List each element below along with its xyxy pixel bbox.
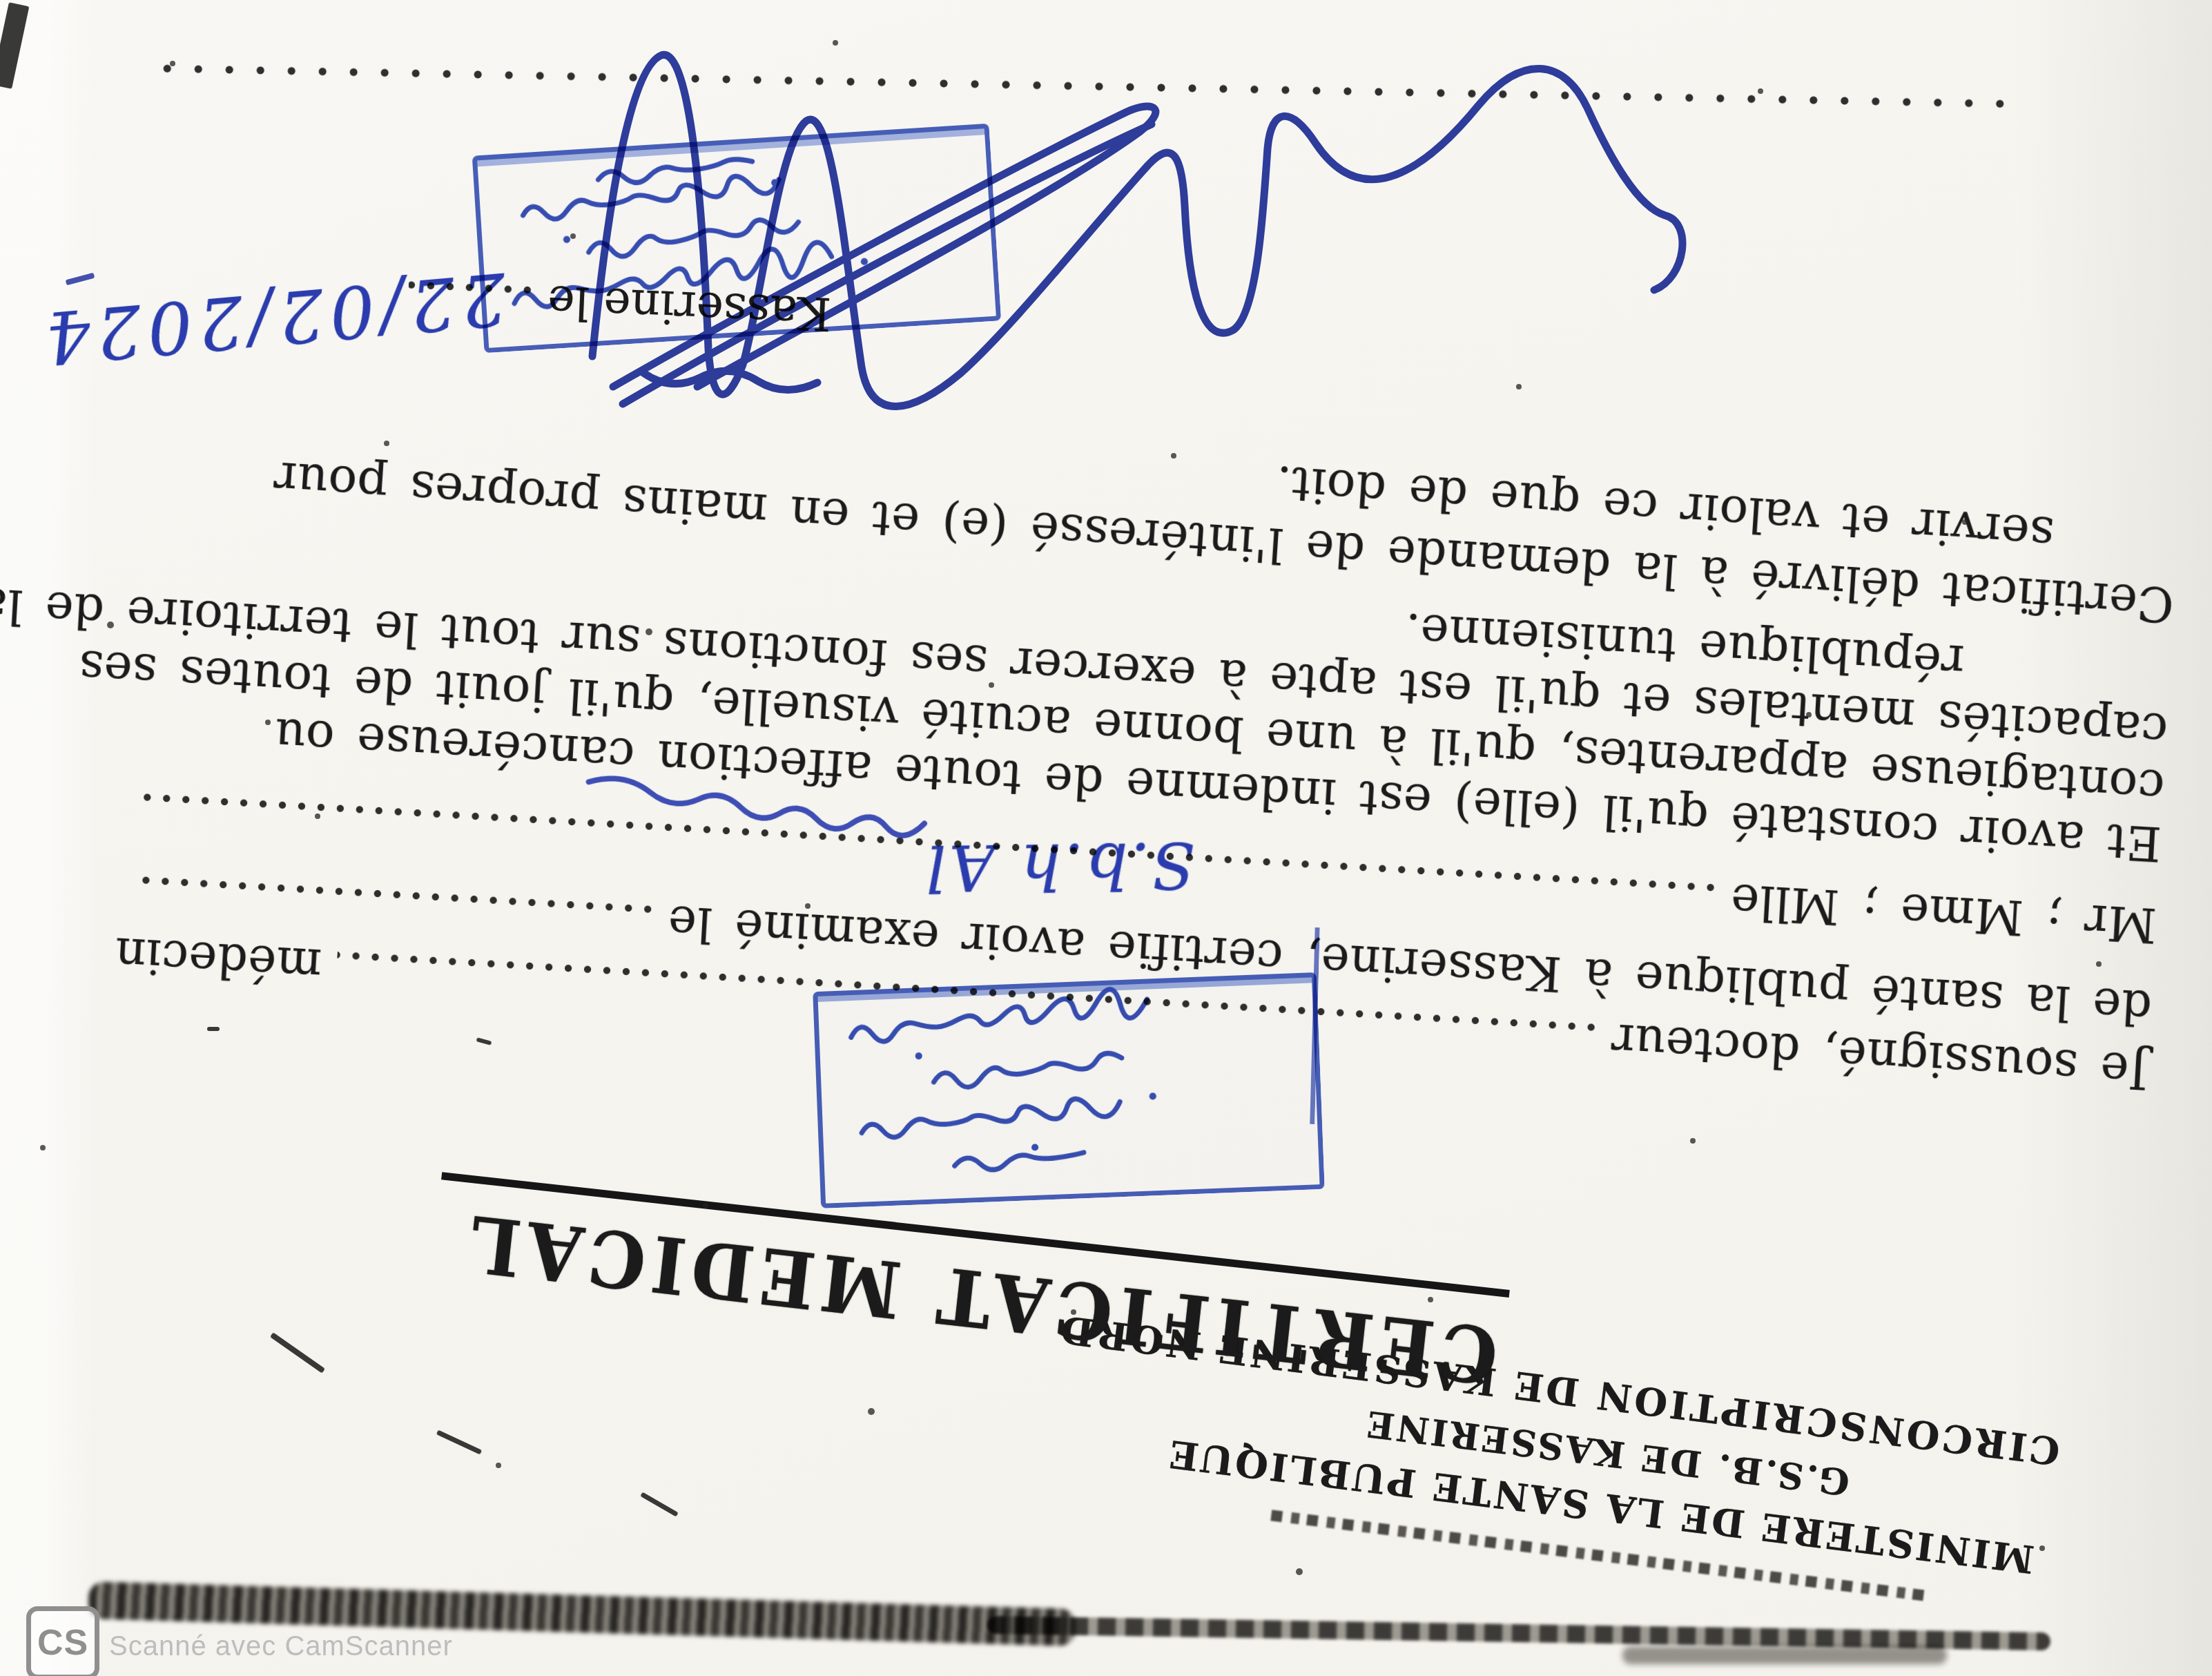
camscanner-logo: CS	[26, 1606, 99, 1676]
pen-signature	[0, 0, 2212, 1676]
stray-mark	[207, 1027, 220, 1031]
scanned-medical-certificate-page: MINISTERE DE LA SANTE PUBLIQUE G.S.B. DE…	[0, 0, 2212, 1676]
camscanner-logo-text: CS	[37, 1622, 88, 1664]
camscanner-caption: Scanné avec CamScanner	[109, 1631, 453, 1662]
scan-smudge-band	[1622, 1646, 1947, 1664]
